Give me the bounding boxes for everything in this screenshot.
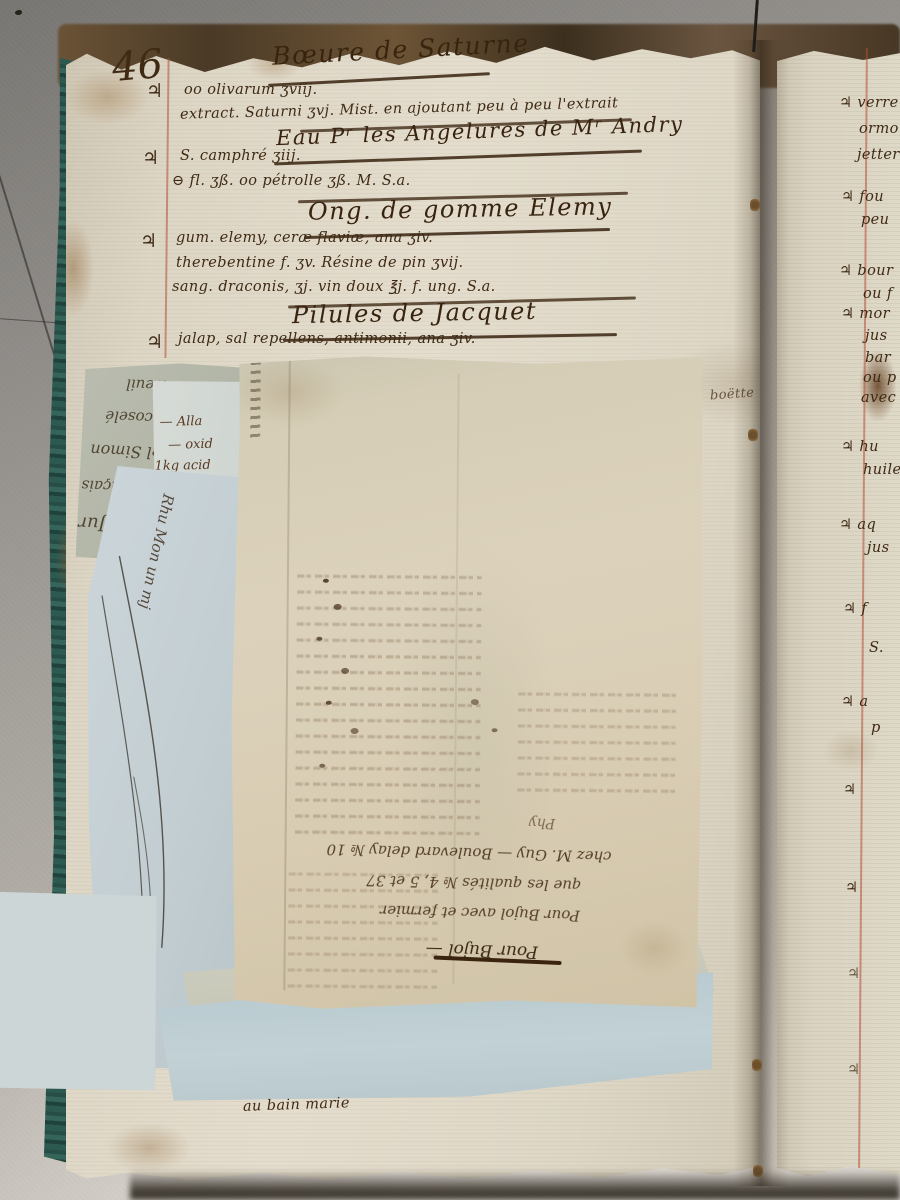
- fragment: ♃: [845, 881, 858, 897]
- fragment: ou f: [863, 287, 893, 303]
- binding-stitch: [748, 428, 758, 442]
- fragment: p: [871, 721, 881, 737]
- right-page-text-column: ♃ verre d ormo jetter ♃ fou peu ♃ bour o…: [777, 44, 900, 1184]
- fragment: ♃ aq: [839, 518, 876, 534]
- fragment: ♃ mor: [841, 307, 890, 323]
- ink-bleedthrough-block: [517, 682, 678, 795]
- book-cast-shadow: [130, 1170, 900, 1200]
- recipe-line: oo olivarum ʒviij.: [184, 83, 318, 99]
- fragment: jetter: [857, 148, 900, 164]
- verso-handwriting: Phy: [529, 814, 556, 831]
- recipe-line: S. camphré ʒiij.: [180, 149, 301, 165]
- fragment: ♃ a: [841, 695, 868, 711]
- recipe-line: ⊖ fl. ʒß. oo pétrolle ʒß. M. S.a.: [172, 174, 411, 190]
- list-entry: — oxid: [168, 437, 213, 453]
- recipe-title-pilules-de-jacquet: Pilules de Jacquet: [292, 298, 537, 329]
- list-entry: — Alla: [160, 414, 203, 430]
- fragment: peu: [861, 213, 889, 229]
- recipe-marker: ♃: [146, 80, 163, 102]
- fragment: ♃: [847, 1063, 860, 1079]
- fragment: ormo: [859, 122, 899, 138]
- recipe-marker: ♃: [140, 230, 157, 252]
- binding-stitch: [752, 1058, 762, 1072]
- fragment: bar: [865, 351, 891, 367]
- fragment: ♃ hu: [841, 440, 879, 456]
- fragment: jus: [865, 329, 887, 345]
- verso-handwriting: chez M. Guy — Boulevard delay № 10: [326, 840, 611, 865]
- loose-paper-blue-bottom-left: [0, 888, 165, 1097]
- fragment: ♃ bour: [839, 264, 893, 280]
- fragment: ♃ fou: [841, 190, 884, 206]
- scrap-handwriting: coselé: [105, 407, 153, 427]
- fragment: ♃ verre d: [839, 96, 900, 112]
- photograph-of-manuscript: 46 Bœure de Saturne ♃ oo olivarum ʒviij.…: [0, 0, 900, 1200]
- recipe-marker: ♃: [146, 331, 163, 353]
- recipe-line: sang. draconis, ʒj. vin doux ℥j. f. ung.…: [172, 280, 496, 296]
- fragment: ou p: [863, 371, 897, 387]
- recipe-title-onguent-gomme-elemy: Ong. de gomme Elemy: [308, 193, 613, 225]
- fragment: S.: [869, 641, 884, 657]
- recipe-marker: ♃: [142, 147, 159, 169]
- sewn-seam: [250, 362, 261, 442]
- ink-bleedthrough-spots: [323, 579, 329, 583]
- fragment: ♃: [843, 783, 856, 799]
- scrap-handwriting: el Simon: [90, 440, 162, 462]
- recipe-line: gum. elemy, ceræ flaviæ, ana ʒiv.: [176, 231, 433, 247]
- fragment: huile: [863, 463, 900, 479]
- loose-paper-cream-large: Phy chez M. Guy — Boulevard delay № 10 q…: [227, 352, 707, 1014]
- fragment: ♃ f: [843, 602, 867, 618]
- recipe-line: jalap, sal repellens, antimonii, ana ʒiv…: [178, 332, 476, 348]
- ink-bleedthrough-block: [295, 565, 482, 847]
- fragment: avec: [861, 391, 896, 407]
- fragment: jus: [867, 541, 889, 557]
- binding-stitch: [750, 198, 760, 212]
- fragment: ♃: [847, 967, 860, 983]
- recipe-line: therebentine f. ʒv. Résine de pin ʒvij.: [176, 256, 464, 272]
